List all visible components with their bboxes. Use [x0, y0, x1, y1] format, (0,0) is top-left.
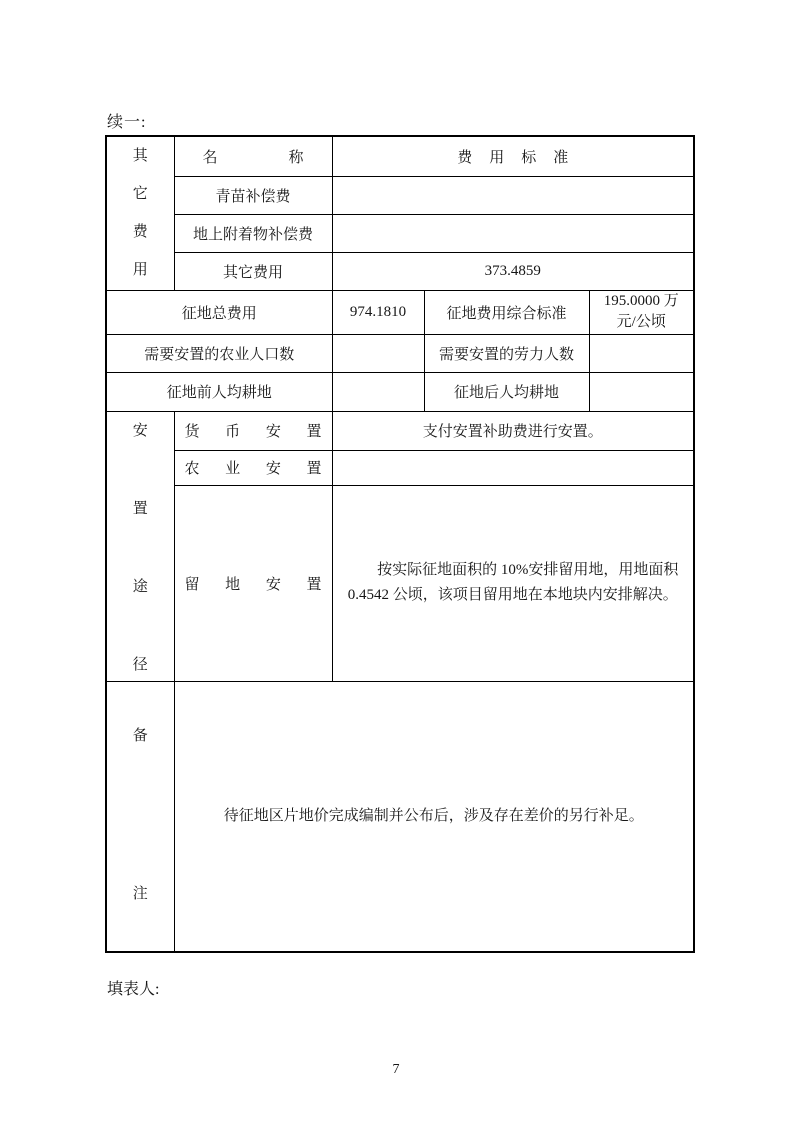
monetary-resettlement-label: 货币安置 — [174, 411, 332, 450]
agri-population-value — [332, 334, 424, 372]
comprehensive-standard-label: 征地费用综合标准 — [424, 290, 589, 334]
green-seedling-fee-value — [332, 176, 694, 214]
table-row: 农业安置 — [106, 450, 694, 485]
other-fees-group-cell: 其它费用 — [106, 136, 174, 290]
ground-attachment-fee-value — [332, 214, 694, 252]
continuation-label: 续一: — [107, 109, 146, 132]
labor-count-value — [589, 334, 694, 372]
header-name-cell: 名称 — [174, 136, 332, 176]
document-page: 续一: 其它费用 名称 费用标准 青苗补偿费 地上附着物补偿费 其它费 — [0, 0, 800, 1131]
farmland-after-value — [589, 372, 694, 411]
table-row: 地上附着物补偿费 — [106, 214, 694, 252]
reserved-land-label: 留地安置 — [174, 485, 332, 681]
other-fees-group-label: 其它费用 — [107, 137, 174, 289]
other-fee-value: 373.4859 — [332, 252, 694, 290]
farmland-after-label: 征地后人均耕地 — [424, 372, 589, 411]
table-row: 留地安置 按实际征地面积的 10%安排留用地，用地面积 0.4542 公顷，该项… — [106, 485, 694, 681]
comprehensive-standard-value: 195.0000 万 元/公顷 — [589, 290, 694, 334]
table-row: 安置途径 货币安置 支付安置补助费进行安置。 — [106, 411, 694, 450]
remarks-content: 待征地区片地价完成编制并公布后，涉及存在差价的另行补足。 — [174, 681, 694, 952]
green-seedling-fee-label: 青苗补偿费 — [174, 176, 332, 214]
header-standard-label: 费用标准 — [333, 146, 694, 167]
farmland-before-value — [332, 372, 424, 411]
ground-attachment-fee-label: 地上附着物补偿费 — [174, 214, 332, 252]
remarks-group-cell: 备注 — [106, 681, 174, 952]
resettlement-group-cell: 安置途径 — [106, 411, 174, 681]
remarks-group-label: 备注 — [107, 682, 174, 951]
table-row: 其它费用 373.4859 — [106, 252, 694, 290]
table-row: 征地总费用 974.1810 征地费用综合标准 195.0000 万 元/公顷 — [106, 290, 694, 334]
resettlement-group-label: 安置途径 — [107, 412, 174, 681]
land-fee-table: 其它费用 名称 费用标准 青苗补偿费 地上附着物补偿费 其它费用 373.485… — [105, 135, 695, 953]
page-number: 7 — [0, 1062, 792, 1078]
reserved-land-content: 按实际征地面积的 10%安排留用地，用地面积 0.4542 公顷，该项目留用地在… — [332, 485, 694, 681]
header-standard-cell: 费用标准 — [332, 136, 694, 176]
agri-population-label: 需要安置的农业人口数 — [106, 334, 332, 372]
form-filler-label: 填表人: — [107, 976, 159, 999]
header-name-label: 名称 — [175, 146, 332, 167]
table-row: 青苗补偿费 — [106, 176, 694, 214]
agricultural-resettlement-content — [332, 450, 694, 485]
other-fee-label: 其它费用 — [174, 252, 332, 290]
monetary-resettlement-content: 支付安置补助费进行安置。 — [332, 411, 694, 450]
total-fee-label: 征地总费用 — [106, 290, 332, 334]
table-row: 备注 待征地区片地价完成编制并公布后，涉及存在差价的另行补足。 — [106, 681, 694, 952]
table-row: 需要安置的农业人口数 需要安置的劳力人数 — [106, 334, 694, 372]
labor-count-label: 需要安置的劳力人数 — [424, 334, 589, 372]
total-fee-value: 974.1810 — [332, 290, 424, 334]
farmland-before-label: 征地前人均耕地 — [106, 372, 332, 411]
table-row: 征地前人均耕地 征地后人均耕地 — [106, 372, 694, 411]
agricultural-resettlement-label: 农业安置 — [174, 450, 332, 485]
table-row: 其它费用 名称 费用标准 — [106, 136, 694, 176]
